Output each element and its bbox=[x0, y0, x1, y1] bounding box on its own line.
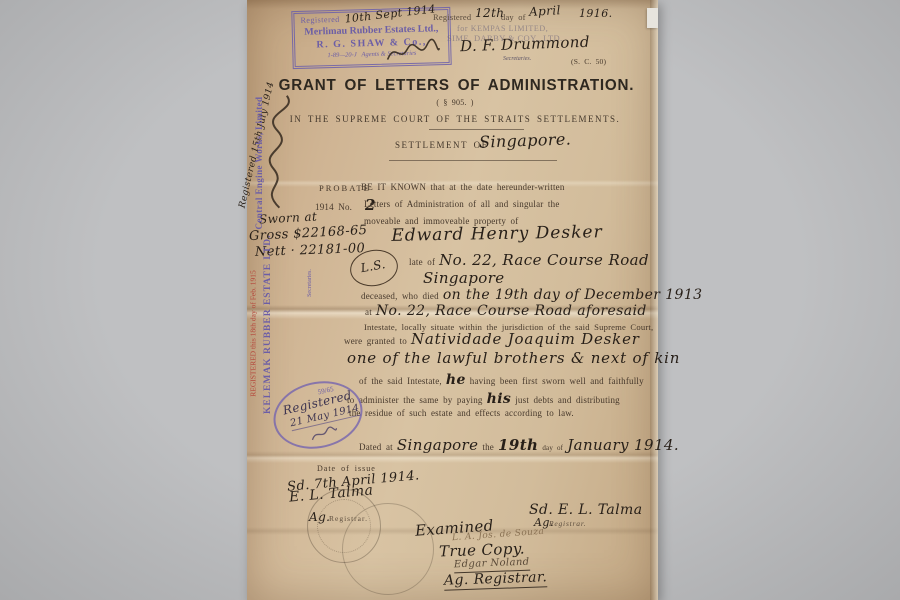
probate-year-no: 1914 No. bbox=[315, 202, 352, 212]
sworn-row: of the said Intestate, he having been fi… bbox=[359, 371, 644, 389]
address-row: late of No. 22, Race Course Road bbox=[409, 251, 649, 270]
secretaries-side-stamp: Secretaries. bbox=[307, 262, 313, 304]
sime-secretaries-label: Secretaries. bbox=[503, 56, 531, 62]
kempas-for-line: for KEMPAS LIMITED, bbox=[457, 24, 548, 33]
sime-month-handwriting: April bbox=[529, 3, 561, 19]
granted-row: were granted to Natividade Joaquim Deske… bbox=[344, 330, 640, 349]
merlimau-registered-label: Registered bbox=[300, 15, 339, 25]
address-handwriting: No. 22, Race Course Road bbox=[439, 251, 649, 269]
paper-corner-chip bbox=[647, 8, 658, 28]
merlimau-stamp: Registered 10th Sept 1914 Merlimau Rubbe… bbox=[291, 7, 451, 69]
rule-under-settlement bbox=[389, 160, 557, 161]
paper: Registered 10th Sept 1914 Merlimau Rubbe… bbox=[247, 0, 658, 600]
sime-darby-block: Registered 12th day of April 1916. for K… bbox=[433, 8, 638, 70]
merlimau-date-handwriting: 10th Sept 1914 bbox=[344, 2, 436, 25]
relation-handwriting: one of the lawful brothers & next of kin bbox=[347, 349, 680, 367]
drummond-signature: D. F. Drummond bbox=[460, 33, 590, 56]
address-city-handwriting: Singapore bbox=[423, 269, 505, 287]
grantee-handwriting: Natividade Joaquim Desker bbox=[411, 330, 640, 348]
death-date-handwriting: on the 19th day of December 1913 bbox=[443, 287, 703, 303]
intestate2-label: of the said Intestate, bbox=[359, 376, 442, 386]
dated-day-handwriting: 19th bbox=[498, 436, 538, 454]
deceased-name-handwriting: Edward Henry Desker bbox=[367, 222, 627, 247]
day-of-label: day of bbox=[542, 444, 563, 452]
merlimau-ref: 1-89—20-J bbox=[327, 51, 356, 59]
embossed-seal-large bbox=[342, 503, 434, 595]
ls-seal-text: L.S. bbox=[360, 257, 387, 275]
death-place-row: at No. 22, Race Course Road aforesaid bbox=[365, 302, 647, 320]
date-of-issue-label: Date of issue bbox=[317, 464, 376, 473]
residue-line: the residue of such estate and effects a… bbox=[349, 408, 574, 418]
pronoun-he-handwriting: he bbox=[446, 372, 466, 388]
document-photo: Registered 10th Sept 1914 Merlimau Rubbe… bbox=[0, 0, 900, 600]
right-registrar-label: Registrar. bbox=[549, 519, 586, 528]
at-label: at bbox=[365, 307, 372, 317]
died-label: deceased, who died bbox=[361, 291, 439, 301]
kelemak-company-stamp: KELEMAK RUBBER ESTATE LTD. bbox=[263, 242, 273, 414]
form-section-number: ( § 905. ) bbox=[275, 98, 635, 107]
death-place-handwriting: No. 22, Race Course Road aforesaid bbox=[376, 303, 647, 319]
form-code: (S. C. 50) bbox=[571, 57, 606, 66]
debts-label: just debts and distributing bbox=[515, 395, 620, 405]
sime-day-of-label: day of bbox=[501, 12, 526, 22]
dated-place-handwriting: Singapore bbox=[397, 436, 479, 454]
sworn-at-handwriting: Sworn at bbox=[259, 209, 318, 226]
dated-month-handwriting: January 1914. bbox=[567, 436, 679, 454]
dated-at-label: Dated at bbox=[359, 442, 393, 452]
body-line-2: Letters of Administration of all and sin… bbox=[364, 199, 560, 209]
body-line-1: BE IT KNOWN that at the date hereunder-w… bbox=[361, 182, 565, 192]
late-of-label: late of bbox=[409, 257, 435, 267]
final-registrar-handwriting: Ag. Registrar. bbox=[444, 569, 548, 591]
rule-under-court bbox=[429, 129, 524, 130]
court-line: IN THE SUPREME COURT OF THE STRAITS SETT… bbox=[275, 114, 635, 124]
administer-row: to administer the same by paying his jus… bbox=[347, 390, 620, 408]
central-engine-works-stamp: Central Engine Works, Limited bbox=[254, 87, 264, 239]
sime-day-handwriting: 12th bbox=[475, 6, 504, 20]
kelemak-registered-stamp: REGISTERED this 18th day of Feb. 1915 bbox=[249, 248, 258, 420]
sime-registered-label: Registered bbox=[433, 12, 471, 22]
document-title: GRANT OF LETTERS OF ADMINISTRATION. bbox=[279, 77, 632, 95]
administer-label: to administer the same by paying bbox=[347, 395, 483, 405]
pronoun-his-handwriting: his bbox=[487, 391, 512, 407]
settlement-label: SETTLEMENT OF bbox=[395, 140, 488, 150]
sworn-line-label: having been first sworn well and faithfu… bbox=[470, 376, 644, 386]
granted-label: were granted to bbox=[344, 336, 407, 346]
oval-registered-stamp: 59/65 Registered 21 May 1914 bbox=[267, 373, 370, 458]
the-label: the bbox=[482, 442, 494, 452]
sime-year-handwriting: 1916. bbox=[579, 7, 613, 20]
dated-row: Dated at Singapore the 19th day of Janua… bbox=[359, 436, 679, 455]
settlement-handwriting: Singapore. bbox=[479, 129, 572, 151]
oval-initials-squiggle bbox=[308, 424, 340, 444]
